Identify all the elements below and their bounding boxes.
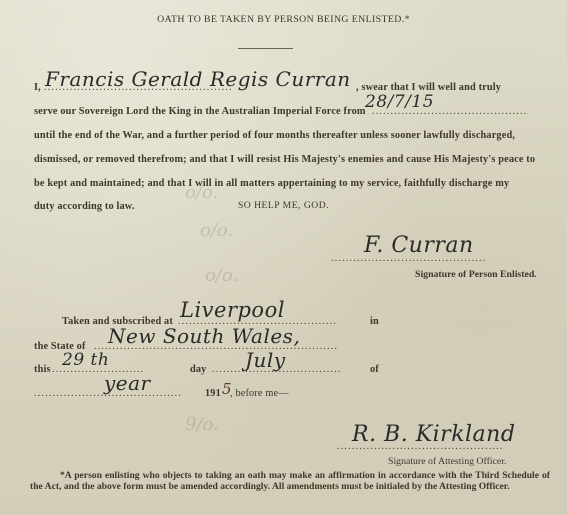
faint-mark: o/o. [200, 220, 233, 241]
enlistment-date-handwritten: 28/7/15 [365, 92, 434, 112]
month-handwritten: July [245, 348, 286, 372]
oath-closing: SO HELP ME, GOD. [0, 200, 567, 211]
state-handwritten: New South Wales, [108, 324, 300, 348]
enlistee-signature-handwritten: F. Curran [364, 233, 474, 258]
oath-line-5: be kept and maintained; and that I will … [34, 178, 509, 189]
this-label: this [34, 364, 51, 375]
day-label: day [190, 364, 206, 375]
footnote-text: *A person enlisting who objects to takin… [30, 470, 550, 492]
of-label: of [370, 364, 379, 375]
enlistment-oath-document: o/o. o/o. o/o. 9/o. OATH TO BE TAKEN BY … [0, 0, 567, 515]
document-title: OATH TO BE TAKEN BY PERSON BEING ENLISTE… [0, 14, 567, 25]
oath-line-3: until the end of the War, and a further … [34, 130, 515, 141]
enlistee-name-handwritten: Francis Gerald Regis Curran [45, 67, 351, 91]
oath-prefix: I, [34, 82, 41, 93]
enlistee-signature-label: Signature of Person Enlisted. [415, 269, 537, 280]
faint-mark: o/o. [205, 265, 238, 286]
footnote: *A person enlisting who objects to takin… [30, 471, 550, 492]
officer-signature-label: Signature of Attesting Officer. [388, 456, 506, 467]
year-word-handwritten: year [104, 371, 151, 395]
faint-mark: 9/o. [185, 414, 219, 435]
in-label: in [370, 316, 379, 327]
officer-signature-handwritten: R. B. Kirkland [352, 422, 515, 447]
year-printed: 191 [205, 388, 221, 399]
oath-line-4: dismissed, or removed therefrom; and tha… [34, 154, 535, 165]
title-rule-divider [238, 48, 293, 49]
place-handwritten: Liverpool [180, 298, 285, 322]
oath-line-2: serve our Sovereign Lord the King in the… [34, 106, 366, 117]
day-handwritten: 29 th [62, 350, 109, 370]
before-me-label: , before me— [230, 388, 289, 399]
